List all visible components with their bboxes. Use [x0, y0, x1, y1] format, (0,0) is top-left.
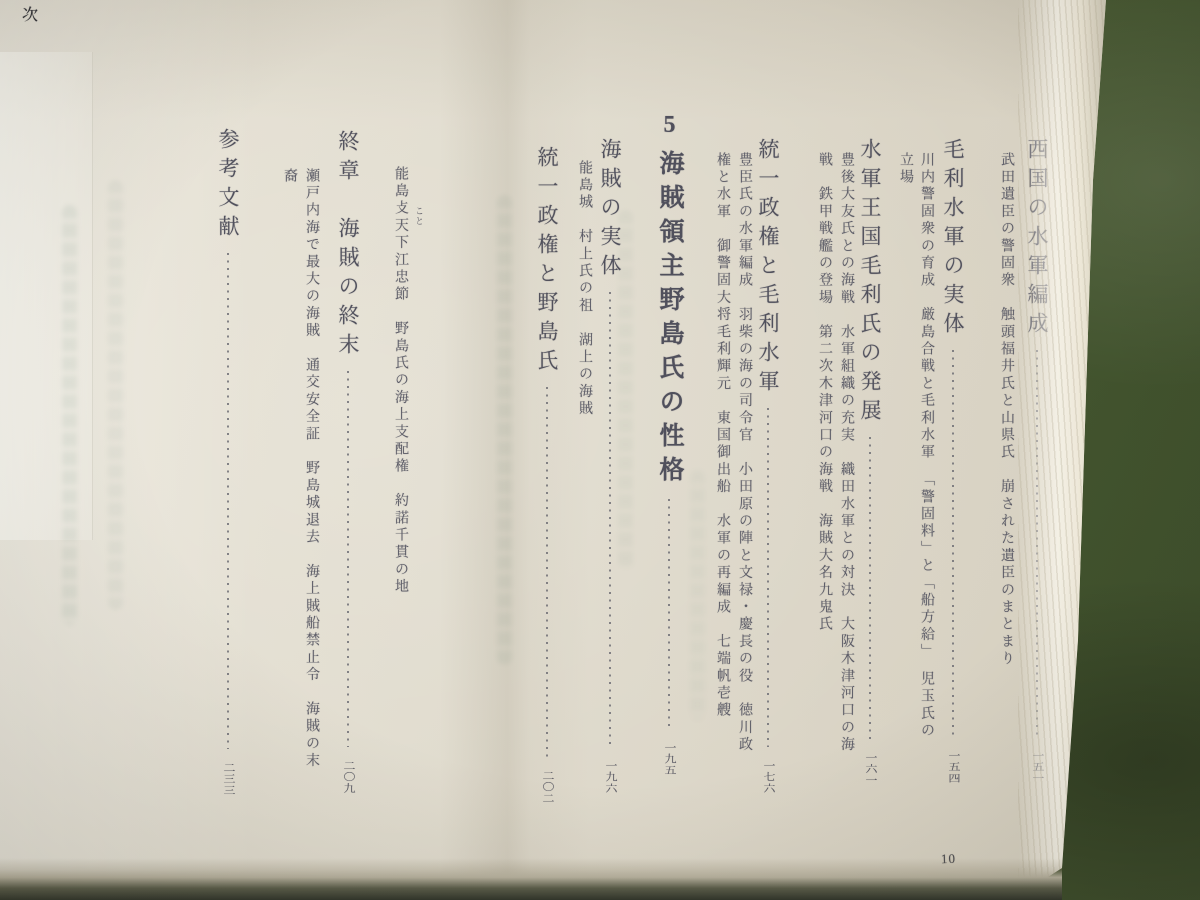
toc-sub-line: 裔 — [279, 168, 299, 185]
toc-entry-suigun-oukoku: 水軍王国毛利氏の発展 一六一 — [855, 138, 885, 790]
toc-page-number: 一九五 — [660, 742, 677, 776]
furigana: こと — [413, 206, 426, 226]
chapter-number: 5 — [656, 112, 683, 138]
chapter-title: 海賊領主野島氏の性格 — [651, 150, 687, 490]
toc-chapter-5: 5 海賊領主野島氏の性格 一九五 — [651, 112, 687, 780]
toc-sub-line: 立場 — [895, 152, 915, 186]
dot-leader — [347, 371, 349, 747]
toc-entry-mouri-suigun: 毛利水軍の実体 一五四 — [938, 138, 968, 788]
toc-sub-line: 武田遺臣の警固衆 触頭福井氏と山県氏 崩された遺臣のまとまり — [996, 152, 1016, 668]
toc-page-number: 一六一 — [861, 752, 878, 786]
toc-entry-title: 終章 海賊の終末 — [333, 130, 363, 362]
dot-leader — [869, 437, 871, 739]
toc-entry-title: 毛利水軍の実体 — [938, 138, 968, 341]
dot-leader — [668, 499, 670, 729]
dot-leader — [767, 408, 769, 747]
toc-header-corner: 次 — [22, 2, 38, 25]
gutter-shadow — [440, 0, 590, 886]
toc-page-number: 二〇九 — [339, 760, 356, 794]
toc-page-number: 二三三 — [219, 762, 236, 796]
toc-entry-sanko-bunken: 参考文献 二三三 — [213, 128, 243, 800]
toc-sub-line: 瀬戸内海で最大の海賊 通交安全証 野島城退去 海上賊船禁止令 海賊の末 — [301, 168, 321, 770]
bleed-through-ghost — [108, 180, 123, 610]
toc-sub-line: 権と水軍 御警固大将毛利輝元 東国御出船 水軍の再編成 七端帆壱艘 — [712, 152, 732, 720]
toc-sub-line: 川内警固衆の育成 厳島合戦と毛利水軍 「警固料」と「船方給」 児玉氏の — [916, 152, 936, 740]
under-page-edge — [0, 52, 93, 540]
toc-entry-shusho: 終章 海賊の終末 二〇九 — [333, 130, 363, 798]
book-spread: 次 西国の水軍編成 一五一 武田遺臣の警固衆 触頭福井氏と山県氏 崩された遺臣の… — [0, 0, 1200, 900]
toc-entry-title: 海賊の実体 — [595, 138, 625, 283]
dot-leader — [227, 253, 229, 749]
toc-sub-line: 戦 鉄甲戦艦の登場 第二次木津河口の海戦 海賊大名九鬼氏 — [814, 152, 834, 634]
toc-sub-line: 豊臣氏の水軍編成 羽柴の海の司令官 小田原の陣と文禄・慶長の役 徳川政 — [734, 152, 754, 754]
toc-entry-touitsu-mouri: 統一政権と毛利水軍 一七六 — [753, 138, 783, 798]
toc-sub-line: 豊後大友氏との海戦 水軍組織の充実 織田水軍との対決 大阪木津河口の海 — [836, 152, 856, 754]
book-bottom-edge — [0, 858, 1062, 900]
toc-entry-title: 参考文献 — [213, 128, 243, 244]
dot-leader — [609, 292, 611, 747]
toc-entry-title: 水軍王国毛利氏の発展 — [855, 138, 885, 428]
toc-page-number: 一七六 — [759, 760, 776, 794]
bleed-through-ghost — [690, 470, 705, 720]
toc-sub-line-continuation: 能島攴天下江忠節 野島氏の海上支配権 約諾千貫の地 — [390, 166, 410, 596]
bleed-through-ghost — [62, 205, 77, 625]
dot-leader — [952, 350, 954, 737]
toc-entry-title: 統一政権と毛利水軍 — [753, 138, 783, 399]
toc-entry-kaizoku-jittai: 海賊の実体 一九六 — [595, 138, 625, 798]
toc-page-number: 一九六 — [601, 760, 618, 794]
book-photo: 次 西国の水軍編成 一五一 武田遺臣の警固衆 触頭福井氏と山県氏 崩された遺臣の… — [0, 0, 1200, 900]
toc-page-number: 一五四 — [944, 750, 961, 784]
